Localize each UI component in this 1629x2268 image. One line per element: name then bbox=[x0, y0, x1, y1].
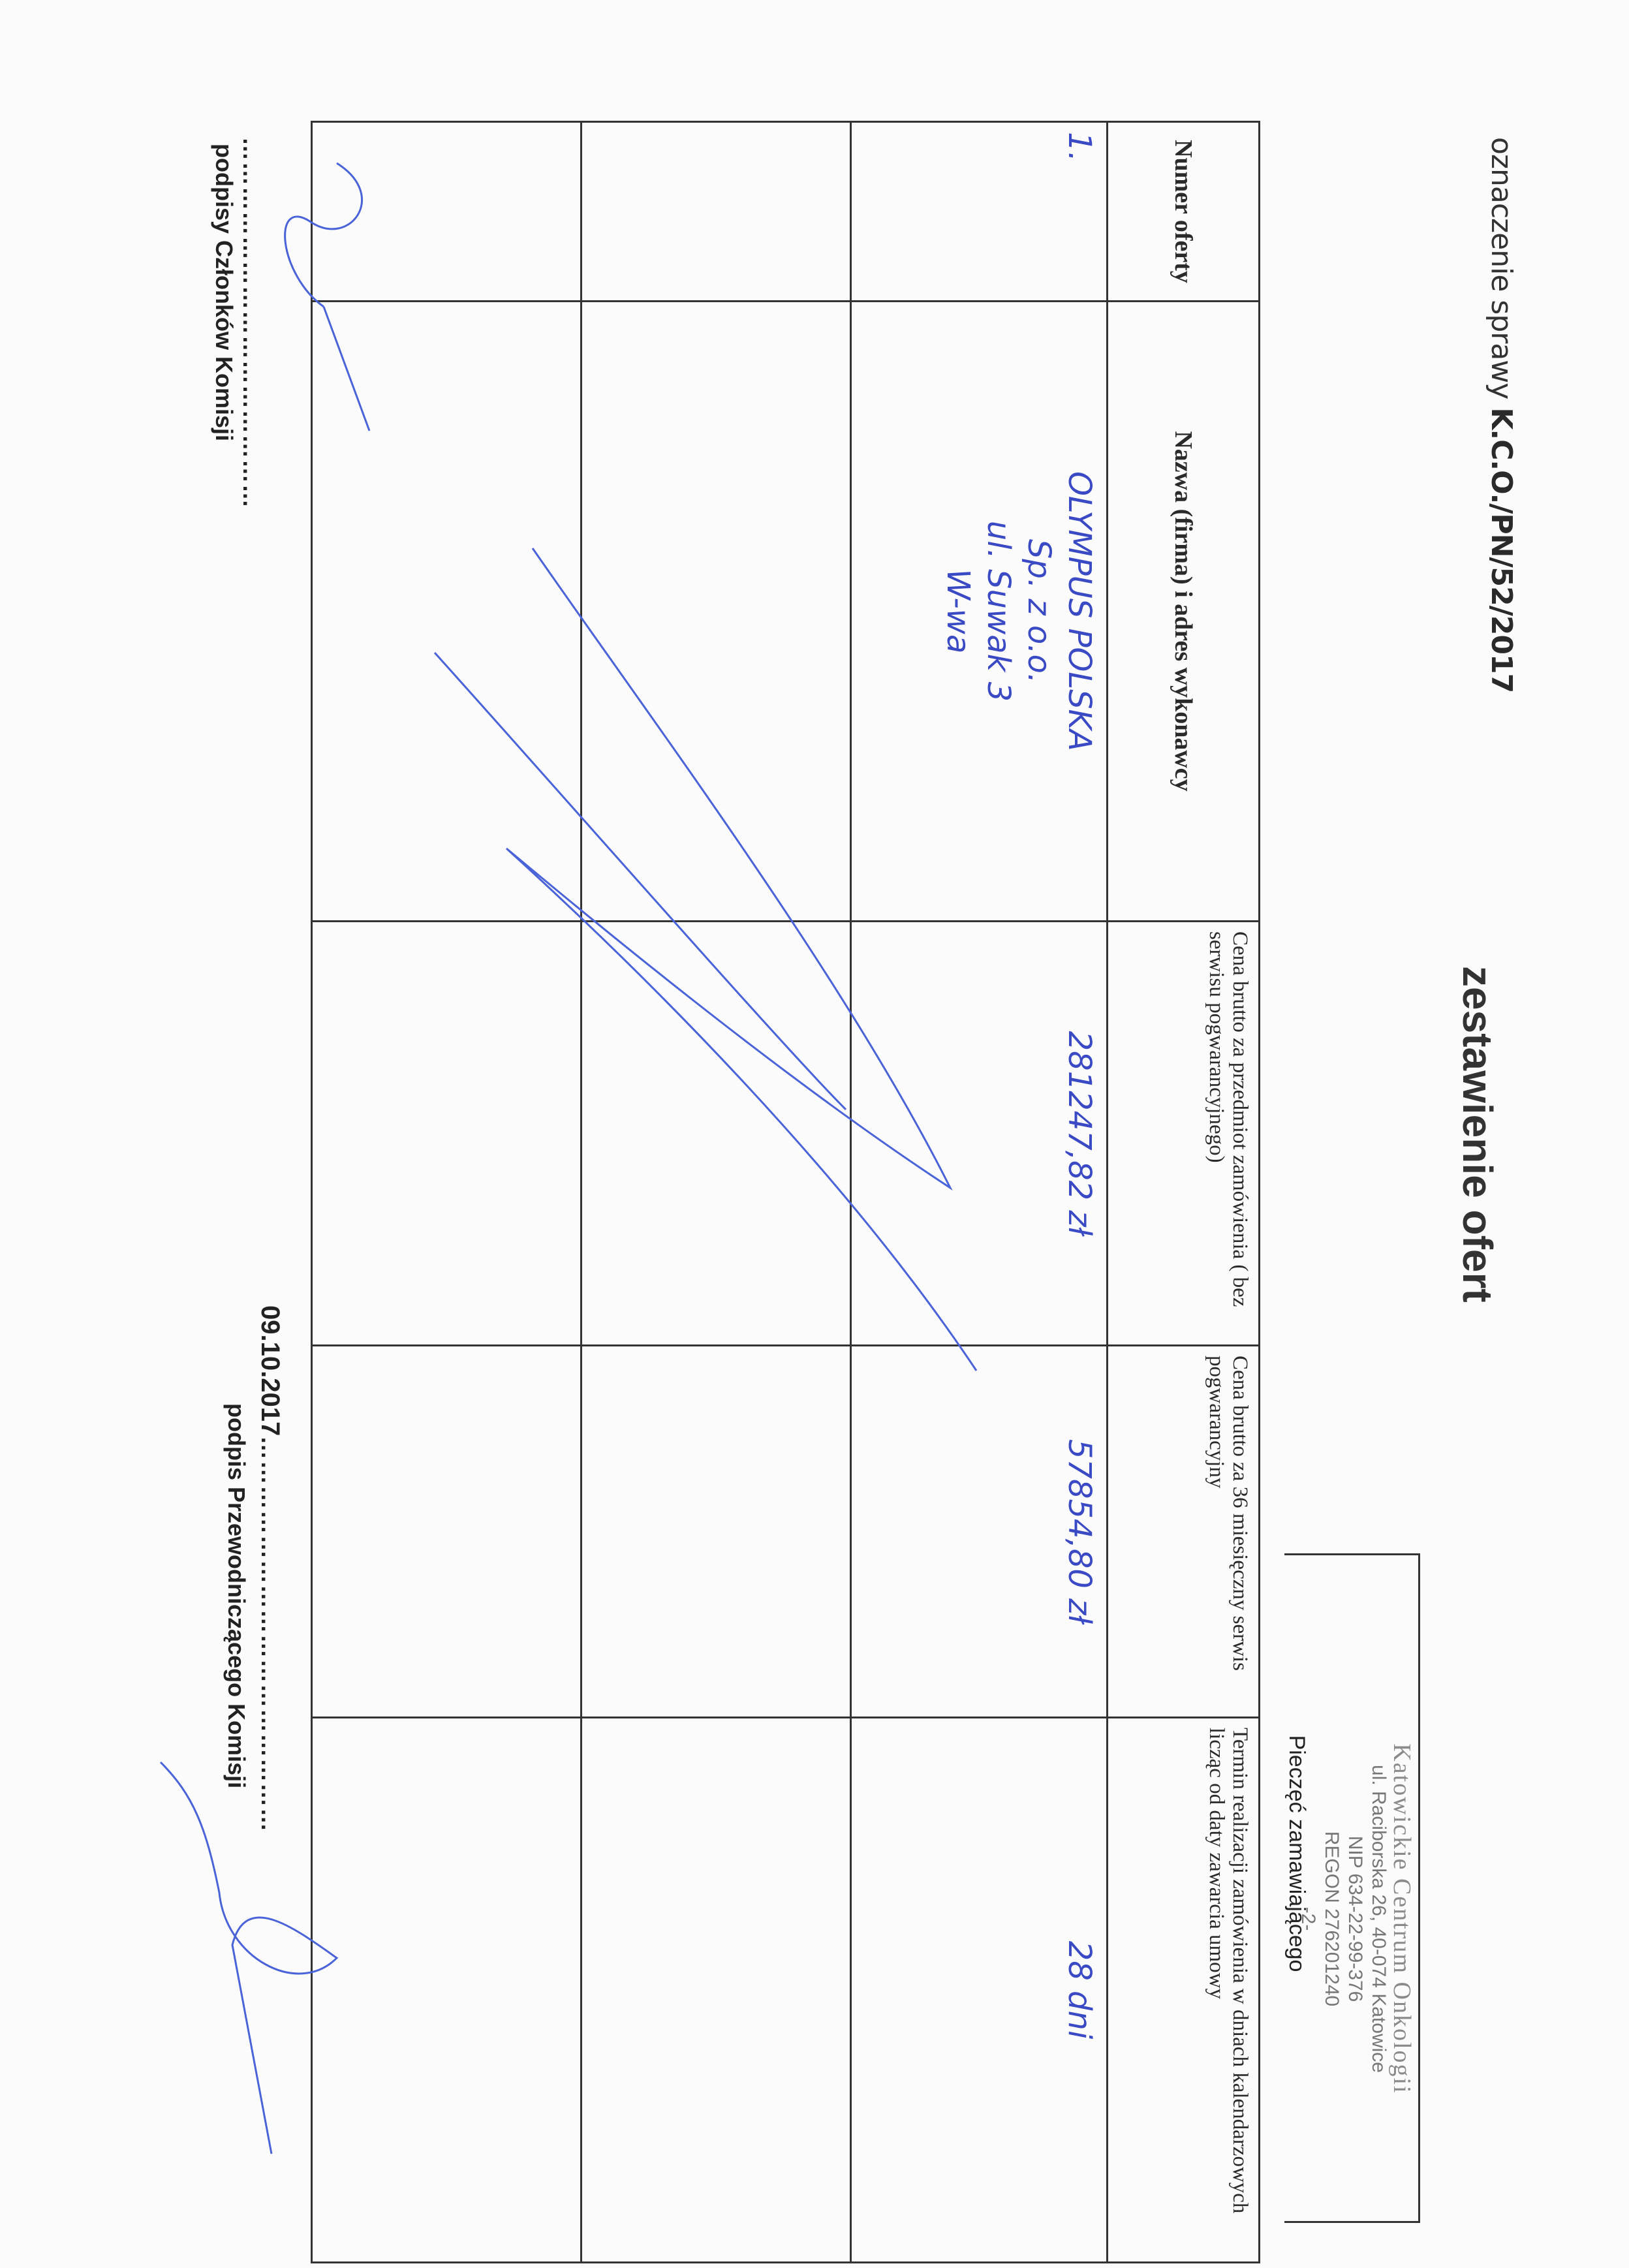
table-header-row: Numer oferty Nazwa (firma) i adres wykon… bbox=[1108, 122, 1260, 2263]
offer-number: 1. bbox=[851, 122, 1108, 302]
offer-price bbox=[312, 922, 582, 1346]
offer-service-price bbox=[582, 1346, 851, 1718]
column-header: Nazwa (firma) i adres wykonawcy bbox=[1108, 302, 1260, 922]
table-row: 1. OLYMPUS POLSKA Sp. z o.o. ul. Suwak 3… bbox=[851, 122, 1108, 2263]
offer-service-price: 57854,80 zł bbox=[851, 1346, 1108, 1718]
chair-signature-label: podpis Przewodniczącego Komisji bbox=[223, 1403, 250, 1833]
offer-delivery-term bbox=[582, 1718, 851, 2263]
stamp-address: ul. Raciborska 26, 40-074 Katowice bbox=[1367, 1658, 1390, 2180]
signature-date: 09.10.2017 bbox=[256, 1305, 285, 1436]
company-line: Sp. z o.o. bbox=[1019, 311, 1059, 911]
case-number: K.C.O./PN/52/2017 bbox=[1485, 407, 1518, 692]
members-signature-block: ……………………………………… podpisy Członków Komisji bbox=[210, 137, 265, 509]
members-signature-line: ……………………………………… bbox=[238, 137, 265, 509]
stamp-regon: REGON 276201240 bbox=[1320, 1658, 1343, 2180]
offer-price: 281247,82 zł bbox=[851, 922, 1108, 1346]
offer-company bbox=[582, 302, 851, 922]
column-header: Cena brutto za 36 miesięczny serwis pogw… bbox=[1108, 1346, 1260, 1718]
chair-signature-block: 09.10.2017………………………………………… podpis Przewo… bbox=[223, 1305, 285, 1833]
case-label: oznaczenie sprawy bbox=[1485, 137, 1518, 399]
stamp-nip: NIP 634-22-99-376 bbox=[1343, 1658, 1367, 2180]
column-header: Cena brutto za przedmiot zamówienia ( be… bbox=[1108, 922, 1260, 1346]
stamp-label: Pieczęć zamawiającego bbox=[1284, 1625, 1309, 2082]
column-header: Termin realizacji zamówienia w dniach ka… bbox=[1108, 1718, 1260, 2263]
company-line: W-wa bbox=[938, 311, 978, 911]
stamp: Katowickie Centrum Onkologii ul. Racibor… bbox=[1296, 1658, 1414, 2180]
offer-number bbox=[312, 122, 582, 302]
table-row bbox=[312, 122, 582, 2263]
chair-signature-line: ………………………………………… bbox=[256, 1436, 283, 1833]
offer-company bbox=[312, 302, 582, 922]
company-line: OLYMPUS POLSKA bbox=[1059, 311, 1100, 911]
column-header: Numer oferty bbox=[1108, 122, 1260, 302]
case-reference: oznaczenie sprawy K.C.O./PN/52/2017 bbox=[1485, 137, 1518, 692]
offer-service-price bbox=[312, 1346, 582, 1718]
table-row bbox=[582, 122, 851, 2263]
offers-table: Numer oferty Nazwa (firma) i adres wykon… bbox=[311, 121, 1260, 2263]
offer-company: OLYMPUS POLSKA Sp. z o.o. ul. Suwak 3 W-… bbox=[851, 302, 1108, 922]
document-page: oznaczenie sprawy K.C.O./PN/52/2017 zest… bbox=[0, 0, 1629, 2268]
stamp-org-name: Katowickie Centrum Onkologii bbox=[1390, 1658, 1414, 2180]
offer-number bbox=[582, 122, 851, 302]
document-title: zestawienie ofert bbox=[1453, 966, 1502, 1303]
company-line: ul. Suwak 3 bbox=[978, 311, 1019, 911]
offer-delivery-term: 28 dni bbox=[851, 1718, 1108, 2263]
offer-delivery-term bbox=[312, 1718, 582, 2263]
offer-price bbox=[582, 922, 851, 1346]
members-signature-label: podpisy Członków Komisji bbox=[210, 144, 238, 509]
